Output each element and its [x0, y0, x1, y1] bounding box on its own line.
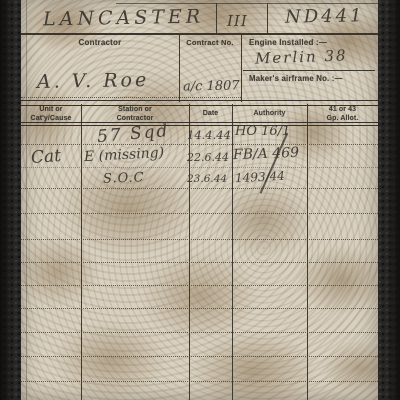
left-margin-rule: [26, 0, 27, 400]
header-station-line2: Contractor: [117, 115, 154, 122]
row-rule: [21, 213, 378, 214]
header-gp-allot: 41 or 43 Gp. Allot.: [307, 106, 378, 123]
header-station-line1: Station or: [118, 106, 152, 113]
header-date: Date: [189, 110, 232, 119]
row-rule: [21, 239, 378, 240]
record-card: LANCASTER III ND441 Contractor Contract …: [21, 0, 378, 400]
row-rule: [21, 285, 378, 286]
row-rule: [21, 308, 378, 309]
scan-right-shadow: [386, 0, 400, 400]
row3-date-value: 23.6.44: [187, 173, 227, 185]
row3-authority-value: 1493/44: [235, 169, 286, 186]
row1-authority-value: HO 16/1: [235, 124, 290, 139]
title-separator-2: [267, 3, 268, 34]
row-rule: [21, 144, 378, 145]
contract-no-value: a/c 1807: [183, 79, 240, 95]
scan-left-shadow: [0, 0, 14, 400]
engine-installed-label: Engine Installed :—: [249, 38, 377, 47]
title-bottom-rule: [21, 33, 378, 35]
contract-no-label: Contract No.: [179, 38, 241, 47]
aircraft-mark-value: III: [227, 12, 248, 30]
row-rule: [21, 188, 378, 189]
header-unit-cause: Unit or Cat'y/Cause: [21, 106, 81, 123]
header-station-contractor: Station or Contractor: [81, 106, 189, 123]
contractor-dotted-rule: [21, 97, 241, 98]
header-unit-cause-line2: Cat'y/Cause: [31, 115, 72, 122]
row2-unit-value: Cat: [30, 146, 61, 168]
row2-date-value: 22.6.44: [187, 151, 229, 164]
contractor-value: A. V. Roe: [37, 69, 150, 93]
pen-stroke: [260, 133, 288, 194]
aircraft-type-value: LANCASTER: [43, 6, 204, 31]
header-gp-allot-line1: 41 or 43: [329, 106, 356, 113]
row2-station-value: E (missing): [84, 145, 165, 165]
engine-value: Merlin 38: [255, 46, 348, 67]
row-rule: [21, 332, 378, 333]
row-rule: [21, 262, 378, 263]
row-rule: [21, 381, 378, 382]
info-separator-2: [241, 34, 242, 102]
top-edge-rule: [116, 3, 378, 4]
header-authority: Authority: [232, 110, 307, 119]
row-rule: [21, 356, 378, 357]
header-bottom-rule: [21, 122, 378, 126]
aircraft-serial-value: ND441: [285, 5, 365, 27]
row2-authority-value: FB/A 469: [233, 145, 300, 163]
header-date-line1: Date: [203, 110, 219, 117]
title-separator-1: [216, 3, 217, 34]
row1-date-value: 14.4.44: [187, 128, 231, 142]
engine-underline: [243, 70, 375, 71]
row3-station-value: S.O.C: [103, 170, 145, 186]
row-rule: [21, 167, 378, 168]
header-unit-cause-line1: Unit or: [39, 106, 62, 113]
airframe-no-label: Maker's airframe No. :—: [249, 74, 377, 83]
header-authority-line1: Authority: [253, 110, 285, 117]
header-gp-allot-line2: Gp. Allot.: [327, 115, 359, 122]
contractor-label: Contractor: [21, 38, 179, 47]
